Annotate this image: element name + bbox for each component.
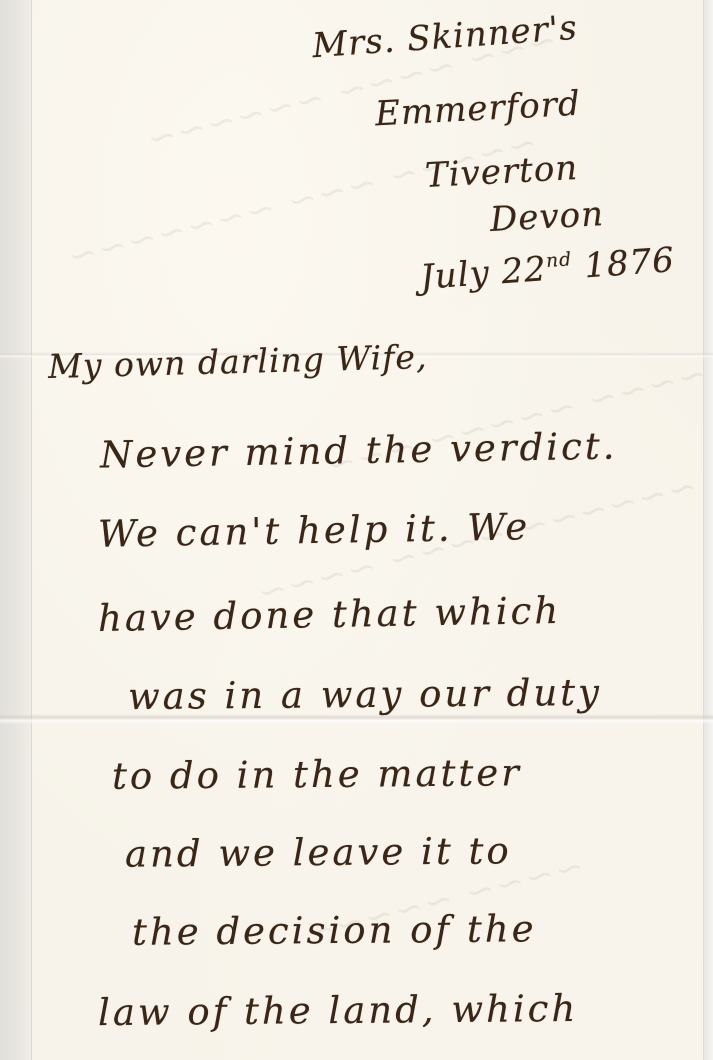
left-background-strip — [0, 0, 31, 1060]
right-background-strip — [704, 0, 713, 1060]
body-line: to do in the matter — [112, 754, 522, 795]
scanned-letter: ~~~ ~~~~ ~~~~~~ ~~~~~ ~~~ ~~~~~~~ ~~~~ ~… — [0, 0, 713, 1060]
date-ordinal: nd — [545, 249, 572, 272]
body-line: have done that which — [98, 592, 562, 637]
address-line-2: Emmerford — [374, 87, 581, 132]
body-line: and we leave it to — [125, 832, 512, 872]
body-line: the decision of the — [132, 910, 537, 951]
address-line-4: Devon — [489, 197, 605, 237]
body-line: Never mind the verdict. — [100, 427, 618, 473]
body-line: law of the land, which — [98, 990, 579, 1031]
date-year: 1876 — [583, 240, 676, 286]
body-line: We can't help it. We — [98, 508, 531, 553]
address-line-3: Tiverton — [424, 151, 579, 193]
salutation: My own darling Wife, — [48, 340, 428, 383]
body-line: was in a way our duty — [128, 674, 602, 715]
